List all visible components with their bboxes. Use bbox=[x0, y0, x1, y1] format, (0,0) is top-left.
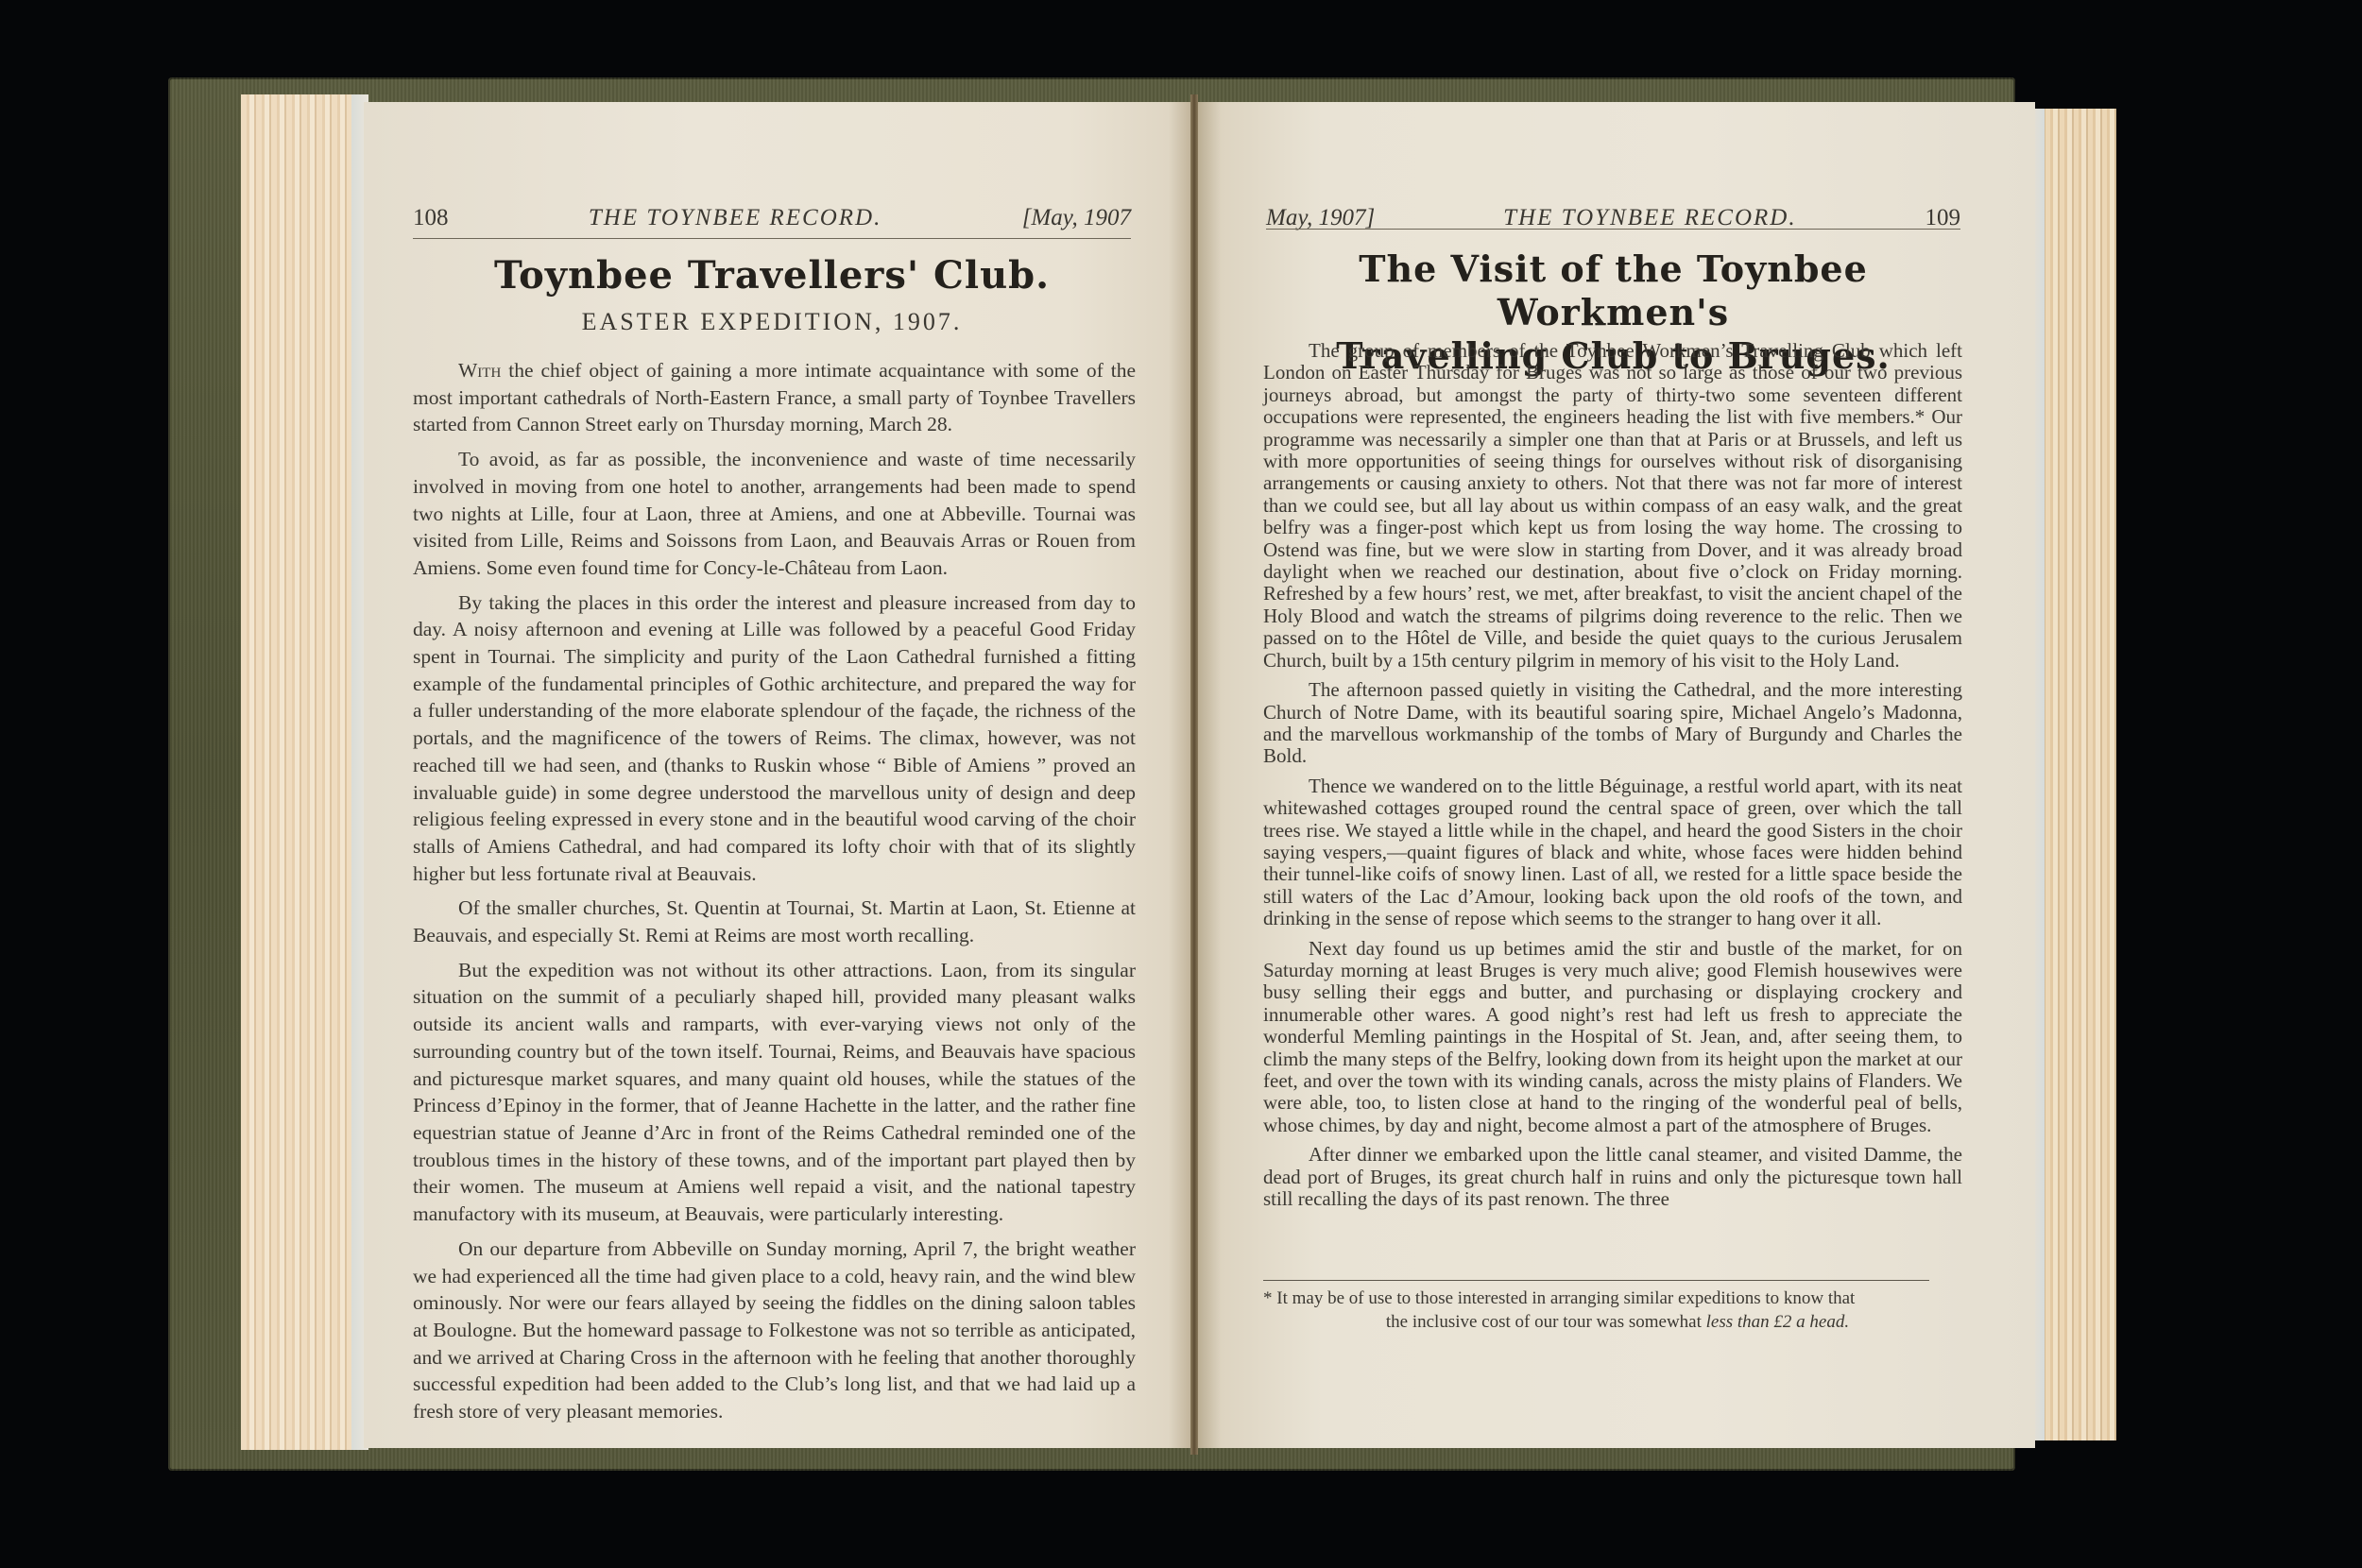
paragraph: The group of members of the Toynbee Work… bbox=[1263, 340, 1962, 672]
paragraph: But the expedition was not without its o… bbox=[413, 957, 1136, 1228]
article-subheading: EASTER EXPEDITION, 1907. bbox=[413, 308, 1131, 336]
article-heading: Toynbee Travellers' Club. bbox=[413, 253, 1131, 298]
left-article-body: With the chief object of gaining a more … bbox=[413, 357, 1136, 1433]
page-number: 108 bbox=[413, 205, 449, 231]
paragraph: Thence we wandered on to the little Bégu… bbox=[1263, 775, 1962, 930]
header-rule bbox=[413, 238, 1131, 239]
paragraph: To avoid, as far as possible, the inconv… bbox=[413, 446, 1136, 582]
page-number: 109 bbox=[1925, 205, 1960, 231]
paragraph: Of the smaller churches, St. Quentin at … bbox=[413, 895, 1136, 948]
paragraph: On our departure from Abbeville on Sunda… bbox=[413, 1236, 1136, 1425]
left-running-head: 108 THE TOYNBEE RECORD. [May, 1907 bbox=[413, 194, 1131, 231]
left-page-stack bbox=[241, 94, 368, 1450]
running-title: THE TOYNBEE RECORD. bbox=[1503, 205, 1796, 231]
paragraph: With the chief object of gaining a more … bbox=[413, 357, 1136, 438]
paragraph: After dinner we embarked upon the little… bbox=[1263, 1144, 1962, 1210]
header-rule bbox=[1266, 229, 1960, 230]
paragraph: Next day found us up betimes amid the st… bbox=[1263, 938, 1962, 1137]
paragraph: By taking the places in this order the i… bbox=[413, 589, 1136, 888]
book-gutter bbox=[1190, 94, 1198, 1455]
footnote-line1: It may be of use to those interested in … bbox=[1276, 1288, 1855, 1308]
running-date: [May, 1907 bbox=[1022, 205, 1131, 231]
footnote-line2: the inclusive cost of our tour was somew… bbox=[1263, 1310, 1962, 1334]
right-running-head: May, 1907] THE TOYNBEE RECORD. 109 bbox=[1266, 194, 1960, 231]
right-page-stack bbox=[2031, 109, 2116, 1440]
right-article-body: The group of members of the Toynbee Work… bbox=[1263, 340, 1962, 1218]
footnote-rule bbox=[1263, 1280, 1929, 1281]
paragraph: The afternoon passed quietly in visiting… bbox=[1263, 679, 1962, 768]
running-title: THE TOYNBEE RECORD. bbox=[589, 205, 881, 231]
footnote-mark: * bbox=[1263, 1288, 1273, 1308]
drop-lead: With bbox=[458, 359, 501, 382]
heading-line: The Visit of the Toynbee Workmen's bbox=[1266, 247, 1960, 334]
running-date: May, 1907] bbox=[1266, 205, 1375, 231]
footnote: * It may be of use to those interested i… bbox=[1263, 1287, 1962, 1334]
